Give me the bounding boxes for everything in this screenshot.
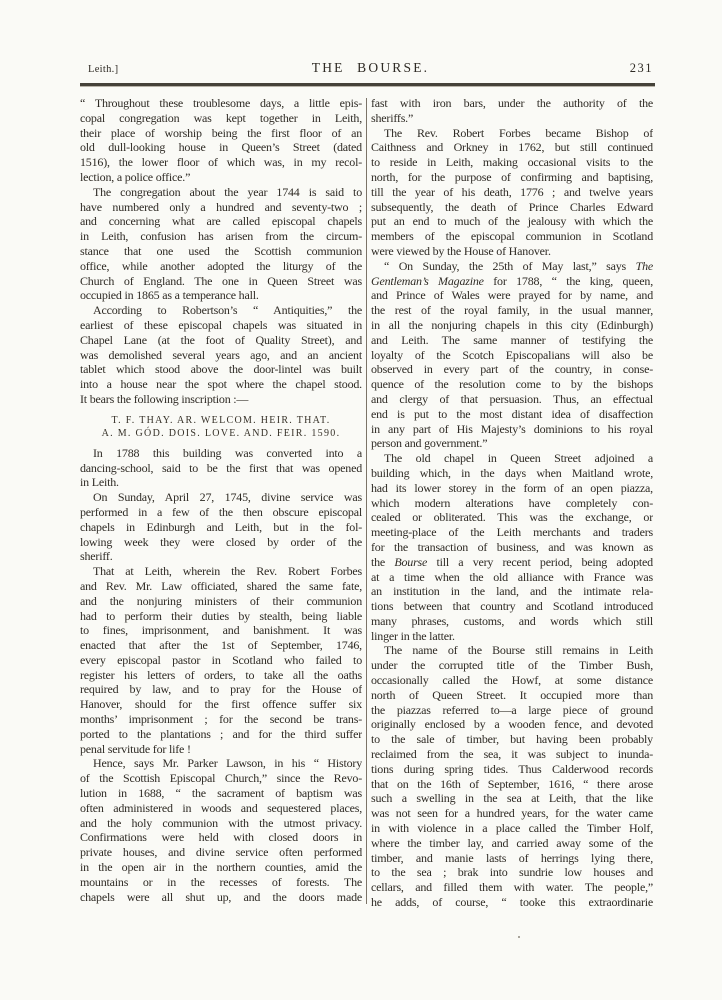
text-line: north, for the purpose of confirming and…	[371, 170, 653, 185]
text-line: which modern alterations have completely…	[371, 496, 653, 511]
text-line: linger in the latter.	[371, 629, 653, 644]
text-line: months’ imprisonment ; for the second be…	[80, 712, 362, 727]
text-line: copal congregation was kept together in …	[80, 111, 362, 126]
text-line: meeting-place of the Leith merchants and…	[371, 525, 653, 540]
text-line: ported to the plantations ; and for the …	[80, 727, 362, 742]
text-line: lowing week they were closed by order of…	[80, 535, 362, 550]
text-line: such a swelling in the sea at Leith, tha…	[371, 791, 653, 806]
text-line: tions between that country and Scotland …	[371, 599, 653, 614]
inscription-line: T. F. THAY. AR. WELCOM. HEIR. THAT.	[80, 414, 362, 427]
text-line: in Leith, confusion has arisen from the …	[80, 229, 362, 244]
text-line: and Prince of Wales were prayed for by n…	[371, 288, 653, 303]
text-line: to the sale of timber, but having been p…	[371, 732, 653, 747]
text-line: lution in 1688, “ the sacrament of bapti…	[80, 786, 362, 801]
paragraph: Hence, says Mr. Parker Lawson, in his “ …	[80, 756, 362, 904]
text-line: office, while another adopted the liturg…	[80, 259, 362, 274]
text-line: put an end to much of the jealousy with …	[371, 214, 653, 229]
text-line: in Leith.	[80, 475, 362, 490]
text-line: According to Robertson’s “ Antiquities,”…	[80, 303, 362, 318]
text-line: old dull-looking house in Queen’s Street…	[80, 140, 362, 155]
paragraph: fast with iron bars, under the authority…	[371, 96, 653, 126]
text-line: for the transaction of business, and was…	[371, 540, 653, 555]
column-right: fast with iron bars, under the authority…	[371, 96, 653, 910]
inscription-line: A. M. GÓD. DOIS. LOVE. AND. FEIR. 1590.	[80, 427, 362, 440]
text-line: enacted that after the 1st of September,…	[80, 638, 362, 653]
text-line: to fines, imprisonment, and banishment. …	[80, 623, 362, 638]
running-head: Leith.]	[80, 64, 208, 75]
text-line: timber, and manie lasts of herrings lyin…	[371, 851, 653, 866]
text-line: person and government.”	[371, 436, 653, 451]
inscription: T. F. THAY. AR. WELCOM. HEIR. THAT.A. M.…	[80, 414, 362, 440]
text-line: in all the nonjuring chapels in this cit…	[371, 318, 653, 333]
text-line: was demolished several years ago, and an…	[80, 348, 362, 363]
text-line: Hence, says Mr. Parker Lawson, in his “ …	[80, 756, 362, 771]
text-line: building which, in the days when Maitlan…	[371, 466, 653, 481]
text-line: in with violence in a place called the T…	[371, 821, 653, 836]
text-line: stance that one used the Scottish commun…	[80, 244, 362, 259]
page-title: THE BOURSE.	[208, 60, 533, 76]
text-line: till the year of his death, 1776 ; and t…	[371, 185, 653, 200]
text-line: and concerning what are called episcopal…	[80, 214, 362, 229]
text-line: In 1788 this building was converted into…	[80, 446, 362, 461]
text-line: The congregation about the year 1744 is …	[80, 185, 362, 200]
paragraph: In 1788 this building was converted into…	[80, 446, 362, 490]
text-line: into a house near the spot where the cha…	[80, 377, 362, 392]
text-line: was not seen for a hundred years, for th…	[371, 806, 653, 821]
text-line: The Rev. Robert Forbes became Bishop of	[371, 126, 653, 141]
text-line: and the nonjuring ministers of their com…	[80, 594, 362, 609]
text-line: fast with iron bars, under the authority…	[371, 96, 653, 111]
text-line: mountains or in the recesses of forests.…	[80, 875, 362, 890]
text-line: sheriff.	[80, 549, 362, 564]
text-line: their place of worship being the first f…	[80, 126, 362, 141]
text-line: and Leith. The same manner of testifying…	[371, 333, 653, 348]
text-line: private houses, and divine service often…	[80, 845, 362, 860]
paragraph: The Rev. Robert Forbes became Bishop ofC…	[371, 126, 653, 259]
column-left: “ Throughout these troublesome days, a l…	[80, 96, 362, 910]
text-line: north of Queen Street. It occupied more …	[371, 688, 653, 703]
paragraph: “ On Sunday, the 25th of May last,” says…	[371, 259, 653, 451]
text-line: where the timber lay, and carried away s…	[371, 836, 653, 851]
text-line: and Rev. Mr. Law officiated, shared the …	[80, 579, 362, 594]
text-line: tablet which stood above the door-lintel…	[80, 362, 362, 377]
column-divider	[366, 98, 367, 904]
text-line: The name of the Bourse still remains in …	[371, 643, 653, 658]
text-line: earliest of these episcopal chapels was …	[80, 318, 362, 333]
text-line: that on the 16th of September, 1616, “ t…	[371, 777, 653, 792]
scan-speck	[518, 936, 520, 938]
text-line: tions during spring tides. Thus Calderwo…	[371, 762, 653, 777]
text-line: “ On Sunday, the 25th of May last,” says…	[371, 259, 653, 274]
text-line: the Bourse till a very recent period, be…	[371, 555, 653, 570]
text-line: the piazzas referred to—a large piece of…	[371, 703, 653, 718]
text-line: of the Scottish Episcopal Church,” since…	[80, 771, 362, 786]
paragraph: On Sunday, April 27, 1745, divine servic…	[80, 490, 362, 564]
text-line: required by law, and to pray for the Hou…	[80, 682, 362, 697]
paragraph: “ Throughout these troublesome days, a l…	[80, 96, 362, 185]
text-line: lection, a police office.”	[80, 170, 362, 185]
text-line: end is put to the most distant idea of d…	[371, 407, 653, 422]
text-line: That at Leith, wherein the Rev. Robert F…	[80, 564, 362, 579]
text-line: in the open air in the northern counties…	[80, 860, 362, 875]
text-line: 1516), the lower floor of which was, in …	[80, 155, 362, 170]
text-line: occasionally called the Howf, at some di…	[371, 673, 653, 688]
text-line: cealed or obliterated. This was the exch…	[371, 510, 653, 525]
text-line: had to perform their duties by stealth, …	[80, 609, 362, 624]
text-line: chapels were all shut up, and the doors …	[80, 890, 362, 905]
text-line: It bears the following inscription :—	[80, 392, 362, 407]
text-line: many phrases, customs, and words which s…	[371, 614, 653, 629]
paragraph: The congregation about the year 1744 is …	[80, 185, 362, 303]
text-line: loyalty of the Scotch Episcopalians will…	[371, 348, 653, 363]
text-line: subsequently, the death of Prince Charle…	[371, 200, 653, 215]
text-line: observed in every part of the country, i…	[371, 362, 653, 377]
book-page: Leith.] THE BOURSE. 231 “ Throughout the…	[0, 0, 722, 1000]
text-line: members of the episcopal communion in Sc…	[371, 229, 653, 244]
text-line: originally enclosed by a wooden fence, a…	[371, 717, 653, 732]
text-line: sheriffs.”	[371, 111, 653, 126]
text-line: chapels in Edinburgh and Leith, but in t…	[80, 520, 362, 535]
text-line: and clergy of that persuasion. Thus, an …	[371, 392, 653, 407]
text-line: Caithness and Orkney in 1762, but still …	[371, 140, 653, 155]
text-line: to reside in Leith, making occasional vi…	[371, 155, 653, 170]
text-line: under the corrupted title of the Timber …	[371, 658, 653, 673]
text-line: On Sunday, April 27, 1745, divine servic…	[80, 490, 362, 505]
text-line: penal servitude for life !	[80, 742, 362, 757]
text-line: register his letters of orders, to take …	[80, 668, 362, 683]
header-rule	[80, 83, 655, 86]
text-line: Confirmations were held with closed door…	[80, 830, 362, 845]
text-line: dancing-school, said to be the first tha…	[80, 461, 362, 476]
text-line: and the holy communion with the utmost p…	[80, 816, 362, 831]
text-line: Hanover, should for the first offence su…	[80, 697, 362, 712]
text-line: the rest of the royal family, in the usu…	[371, 303, 653, 318]
text-line: cellars, and filled them with water. The…	[371, 880, 653, 895]
paragraph: The name of the Bourse still remains in …	[371, 643, 653, 909]
paragraph: According to Robertson’s “ Antiquities,”…	[80, 303, 362, 407]
paragraph: The old chapel in Queen Street adjoined …	[371, 451, 653, 643]
text-line: have numbered only a hundred and seventy…	[80, 200, 362, 215]
page-content: Leith.] THE BOURSE. 231 “ Throughout the…	[80, 60, 655, 910]
text-columns: “ Throughout these troublesome days, a l…	[80, 96, 655, 910]
text-line: Chapel Lane (at the foot of Quality Stre…	[80, 333, 362, 348]
text-line: often administered in woods and sequeste…	[80, 801, 362, 816]
text-line: he adds, of course, “ tooke this extraor…	[371, 895, 653, 910]
page-number: 231	[533, 61, 655, 76]
text-line: in any part of His Majesty’s dominions t…	[371, 422, 653, 437]
text-line: an institution in the land, and the inti…	[371, 584, 653, 599]
page-header: Leith.] THE BOURSE. 231	[80, 60, 655, 76]
paragraph: That at Leith, wherein the Rev. Robert F…	[80, 564, 362, 756]
text-line: performed in a few of the then obscure e…	[80, 505, 362, 520]
text-line: were viewed by the House of Hanover.	[371, 244, 653, 259]
text-line: Church of England. The one in Queen Stre…	[80, 274, 362, 289]
text-line: at a time when the old alliance with Fra…	[371, 570, 653, 585]
text-line: occupied in 1865 as a temperance hall.	[80, 288, 362, 303]
text-line: had its lower storey in the form of an o…	[371, 481, 653, 496]
text-line: “ Throughout these troublesome days, a l…	[80, 96, 362, 111]
text-line: every episcopal pastor in Scotland who f…	[80, 653, 362, 668]
text-line: reclaimed from the sea, it was subject t…	[371, 747, 653, 762]
text-line: Gentleman’s Magazine for 1788, “ the kin…	[371, 274, 653, 289]
text-line: quence of the resolution come to by the …	[371, 377, 653, 392]
text-line: The old chapel in Queen Street adjoined …	[371, 451, 653, 466]
text-line: to the sea ; brak into sundrie low house…	[371, 865, 653, 880]
